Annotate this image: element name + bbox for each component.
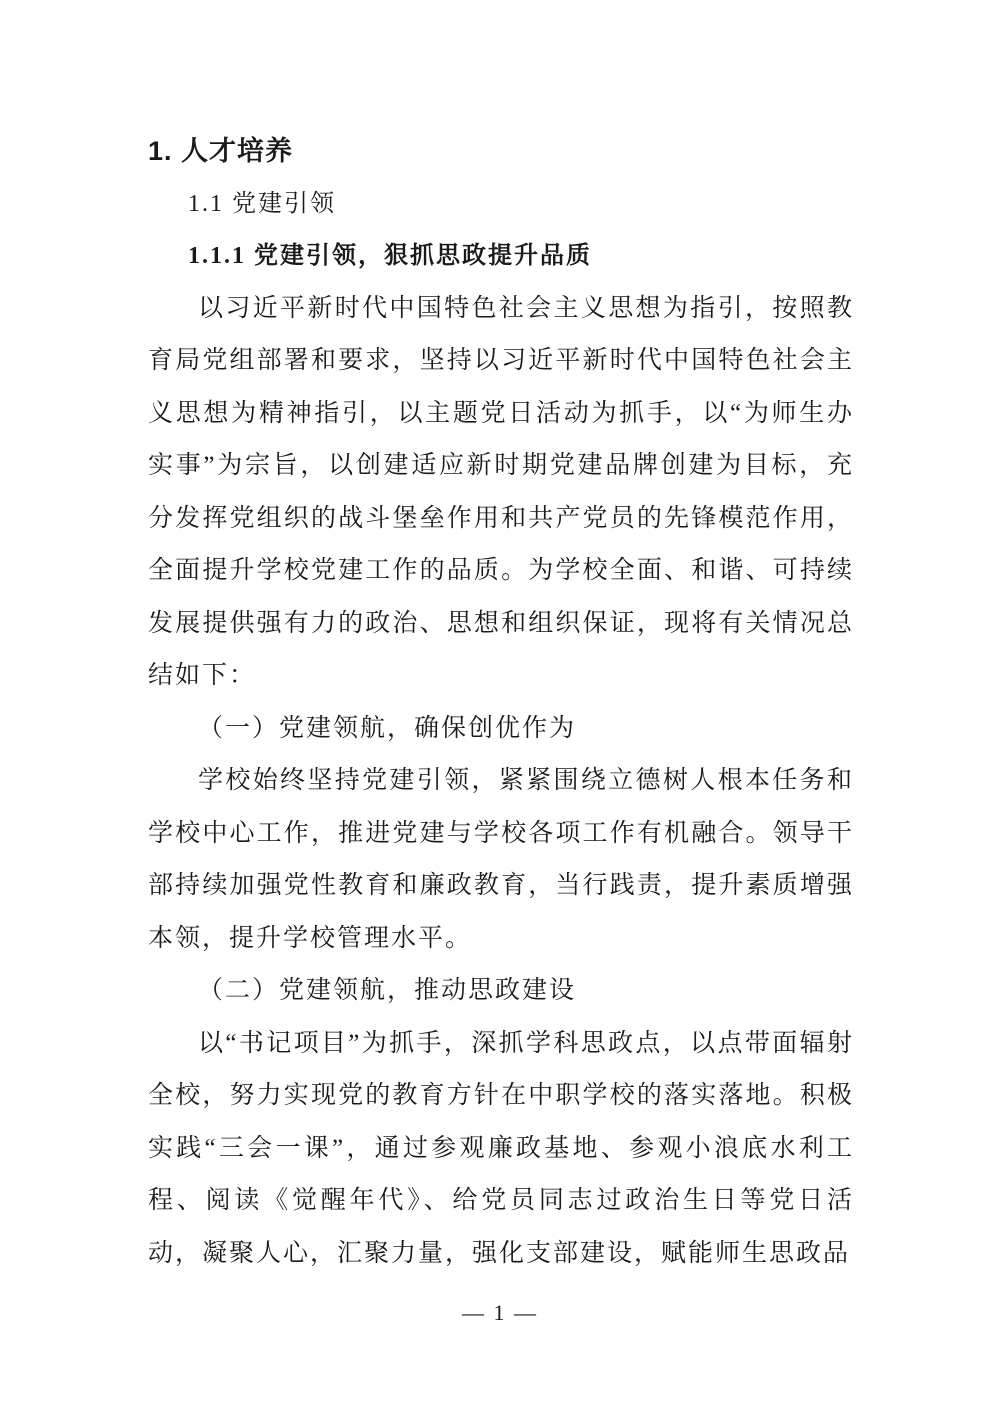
document-body: 1. 人才培养 1.1 党建引领 1.1.1 党建引领，狠抓思政提升品质 以习近… xyxy=(148,125,854,1280)
page-number: — 1 — xyxy=(462,1300,538,1325)
point-one-paragraph: 学校始终坚持党建引领，紧紧围绕立德树人根本任务和学校中心工作，推进党建与学校各项… xyxy=(148,755,854,965)
document-page: 1. 人才培养 1.1 党建引领 1.1.1 党建引领，狠抓思政提升品质 以习近… xyxy=(0,0,1000,1414)
subsection-heading: 1.1.1 党建引领，狠抓思政提升品质 xyxy=(188,230,854,283)
section-heading: 1.1 党建引领 xyxy=(188,178,854,231)
point-two-heading: （二）党建领航，推动思政建设 xyxy=(148,965,854,1018)
chapter-heading: 1. 人才培养 xyxy=(148,125,854,178)
intro-paragraph: 以习近平新时代中国特色社会主义思想为指引，按照教育局党组部署和要求，坚持以习近平… xyxy=(148,283,854,703)
page-footer: — 1 — xyxy=(0,1300,1000,1326)
point-one-heading: （一）党建领航，确保创优作为 xyxy=(148,703,854,756)
point-two-paragraph: 以“书记项目”为抓手，深抓学科思政点，以点带面辐射全校，努力实现党的教育方针在中… xyxy=(148,1018,854,1281)
